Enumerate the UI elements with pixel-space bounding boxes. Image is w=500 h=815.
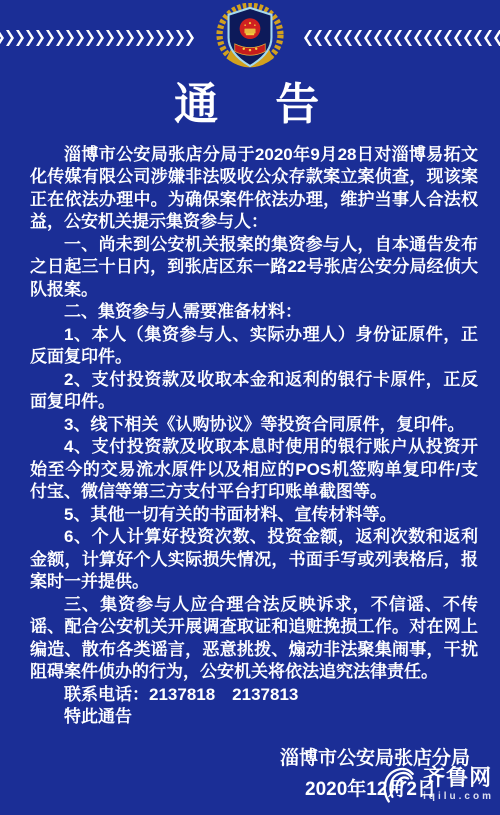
chevron-icon xyxy=(36,30,44,46)
chevron-icon xyxy=(334,30,342,46)
notice-paragraph: 5、其他一切有关的书面材料、宣传材料等。 xyxy=(30,504,478,527)
chevron-icon xyxy=(86,30,94,46)
notice-paragraph: 三、集资参与人应合理合法反映诉求，不信谣、不传谣、配合公安机关开展调查取证和追赃… xyxy=(30,594,478,684)
chevron-ribbon-left xyxy=(0,30,196,46)
watermark-site-domain: iqilu.com xyxy=(423,792,494,802)
chevron-icon xyxy=(166,30,174,46)
police-badge-icon xyxy=(215,3,285,75)
chevron-icon xyxy=(176,30,184,46)
notice-body: 淄博市公安局张店分局于2020年9月28日对淄博易拓文化传媒有限公司涉嫌非法吸收… xyxy=(0,144,500,729)
notice-paragraph: 2、支付投资款及收取本金和返利的银行卡原件，正反面复印件。 xyxy=(30,369,478,414)
chevron-icon xyxy=(494,30,500,46)
chevron-icon xyxy=(454,30,462,46)
chevron-icon xyxy=(26,30,34,46)
chevron-icon xyxy=(146,30,154,46)
chevron-icon xyxy=(364,30,372,46)
chevron-icon xyxy=(374,30,382,46)
chevron-icon xyxy=(404,30,412,46)
watermark: 齐鲁网 iqilu.com xyxy=(375,761,494,807)
notice-paragraph: 一、尚未到公安机关报案的集资参与人，自本通告发布之日起三十日内，到张店区东一路2… xyxy=(30,234,478,302)
chevron-icon xyxy=(116,30,124,46)
notice-paragraph: 6、个人计算好投资次数、投资金额，返利次数和返利金额，计算好个人实际损失情况，书… xyxy=(30,526,478,594)
chevron-icon xyxy=(324,30,332,46)
chevron-icon xyxy=(106,30,114,46)
chevron-icon xyxy=(464,30,472,46)
chevron-icon xyxy=(394,30,402,46)
notice-paragraph: 4、支付投资款及收取本息时使用的银行账户从投资开始至今的交易流水原件以及相应的P… xyxy=(30,436,478,504)
notice-paragraph: 淄博市公安局张店分局于2020年9月28日对淄博易拓文化传媒有限公司涉嫌非法吸收… xyxy=(30,144,478,234)
notice-paragraph: 1、本人（集资参与人、实际办理人）身份证原件，正反面复印件。 xyxy=(30,324,478,369)
chevron-icon xyxy=(314,30,322,46)
chevron-ribbon-right xyxy=(304,30,500,46)
chevron-icon xyxy=(76,30,84,46)
chevron-icon xyxy=(46,30,54,46)
chevron-icon xyxy=(56,30,64,46)
notice-poster: { "colors": { "background": "#1b2e96", "… xyxy=(0,0,500,815)
chevron-icon xyxy=(156,30,164,46)
chevron-icon xyxy=(96,30,104,46)
chevron-icon xyxy=(186,30,194,46)
chevron-icon xyxy=(66,30,74,46)
watermark-site-name: 齐鲁网 xyxy=(423,767,494,789)
chevron-icon xyxy=(424,30,432,46)
chevron-icon xyxy=(354,30,362,46)
chevron-icon xyxy=(344,30,352,46)
chevron-icon xyxy=(126,30,134,46)
page-title: 通 告 xyxy=(0,80,500,131)
chevron-icon xyxy=(16,30,24,46)
notice-paragraph: 二、集资参与人需要准备材料： xyxy=(30,301,478,324)
chevron-icon xyxy=(414,30,422,46)
notice-paragraph: 特此通告 xyxy=(30,706,478,729)
chevron-icon xyxy=(304,30,312,46)
notice-paragraph: 联系电话：2137818 2137813 xyxy=(30,684,478,707)
chevron-icon xyxy=(384,30,392,46)
chevron-icon xyxy=(444,30,452,46)
header-strip xyxy=(0,0,500,76)
notice-paragraph: 3、线下相关《认购协议》等投资合同原件，复印件。 xyxy=(30,414,478,437)
chevron-icon xyxy=(434,30,442,46)
chevron-icon xyxy=(6,30,14,46)
chevron-icon xyxy=(474,30,482,46)
chevron-icon xyxy=(136,30,144,46)
iqilu-logo-icon xyxy=(375,761,421,807)
chevron-icon xyxy=(484,30,492,46)
chevron-icon xyxy=(0,30,4,46)
